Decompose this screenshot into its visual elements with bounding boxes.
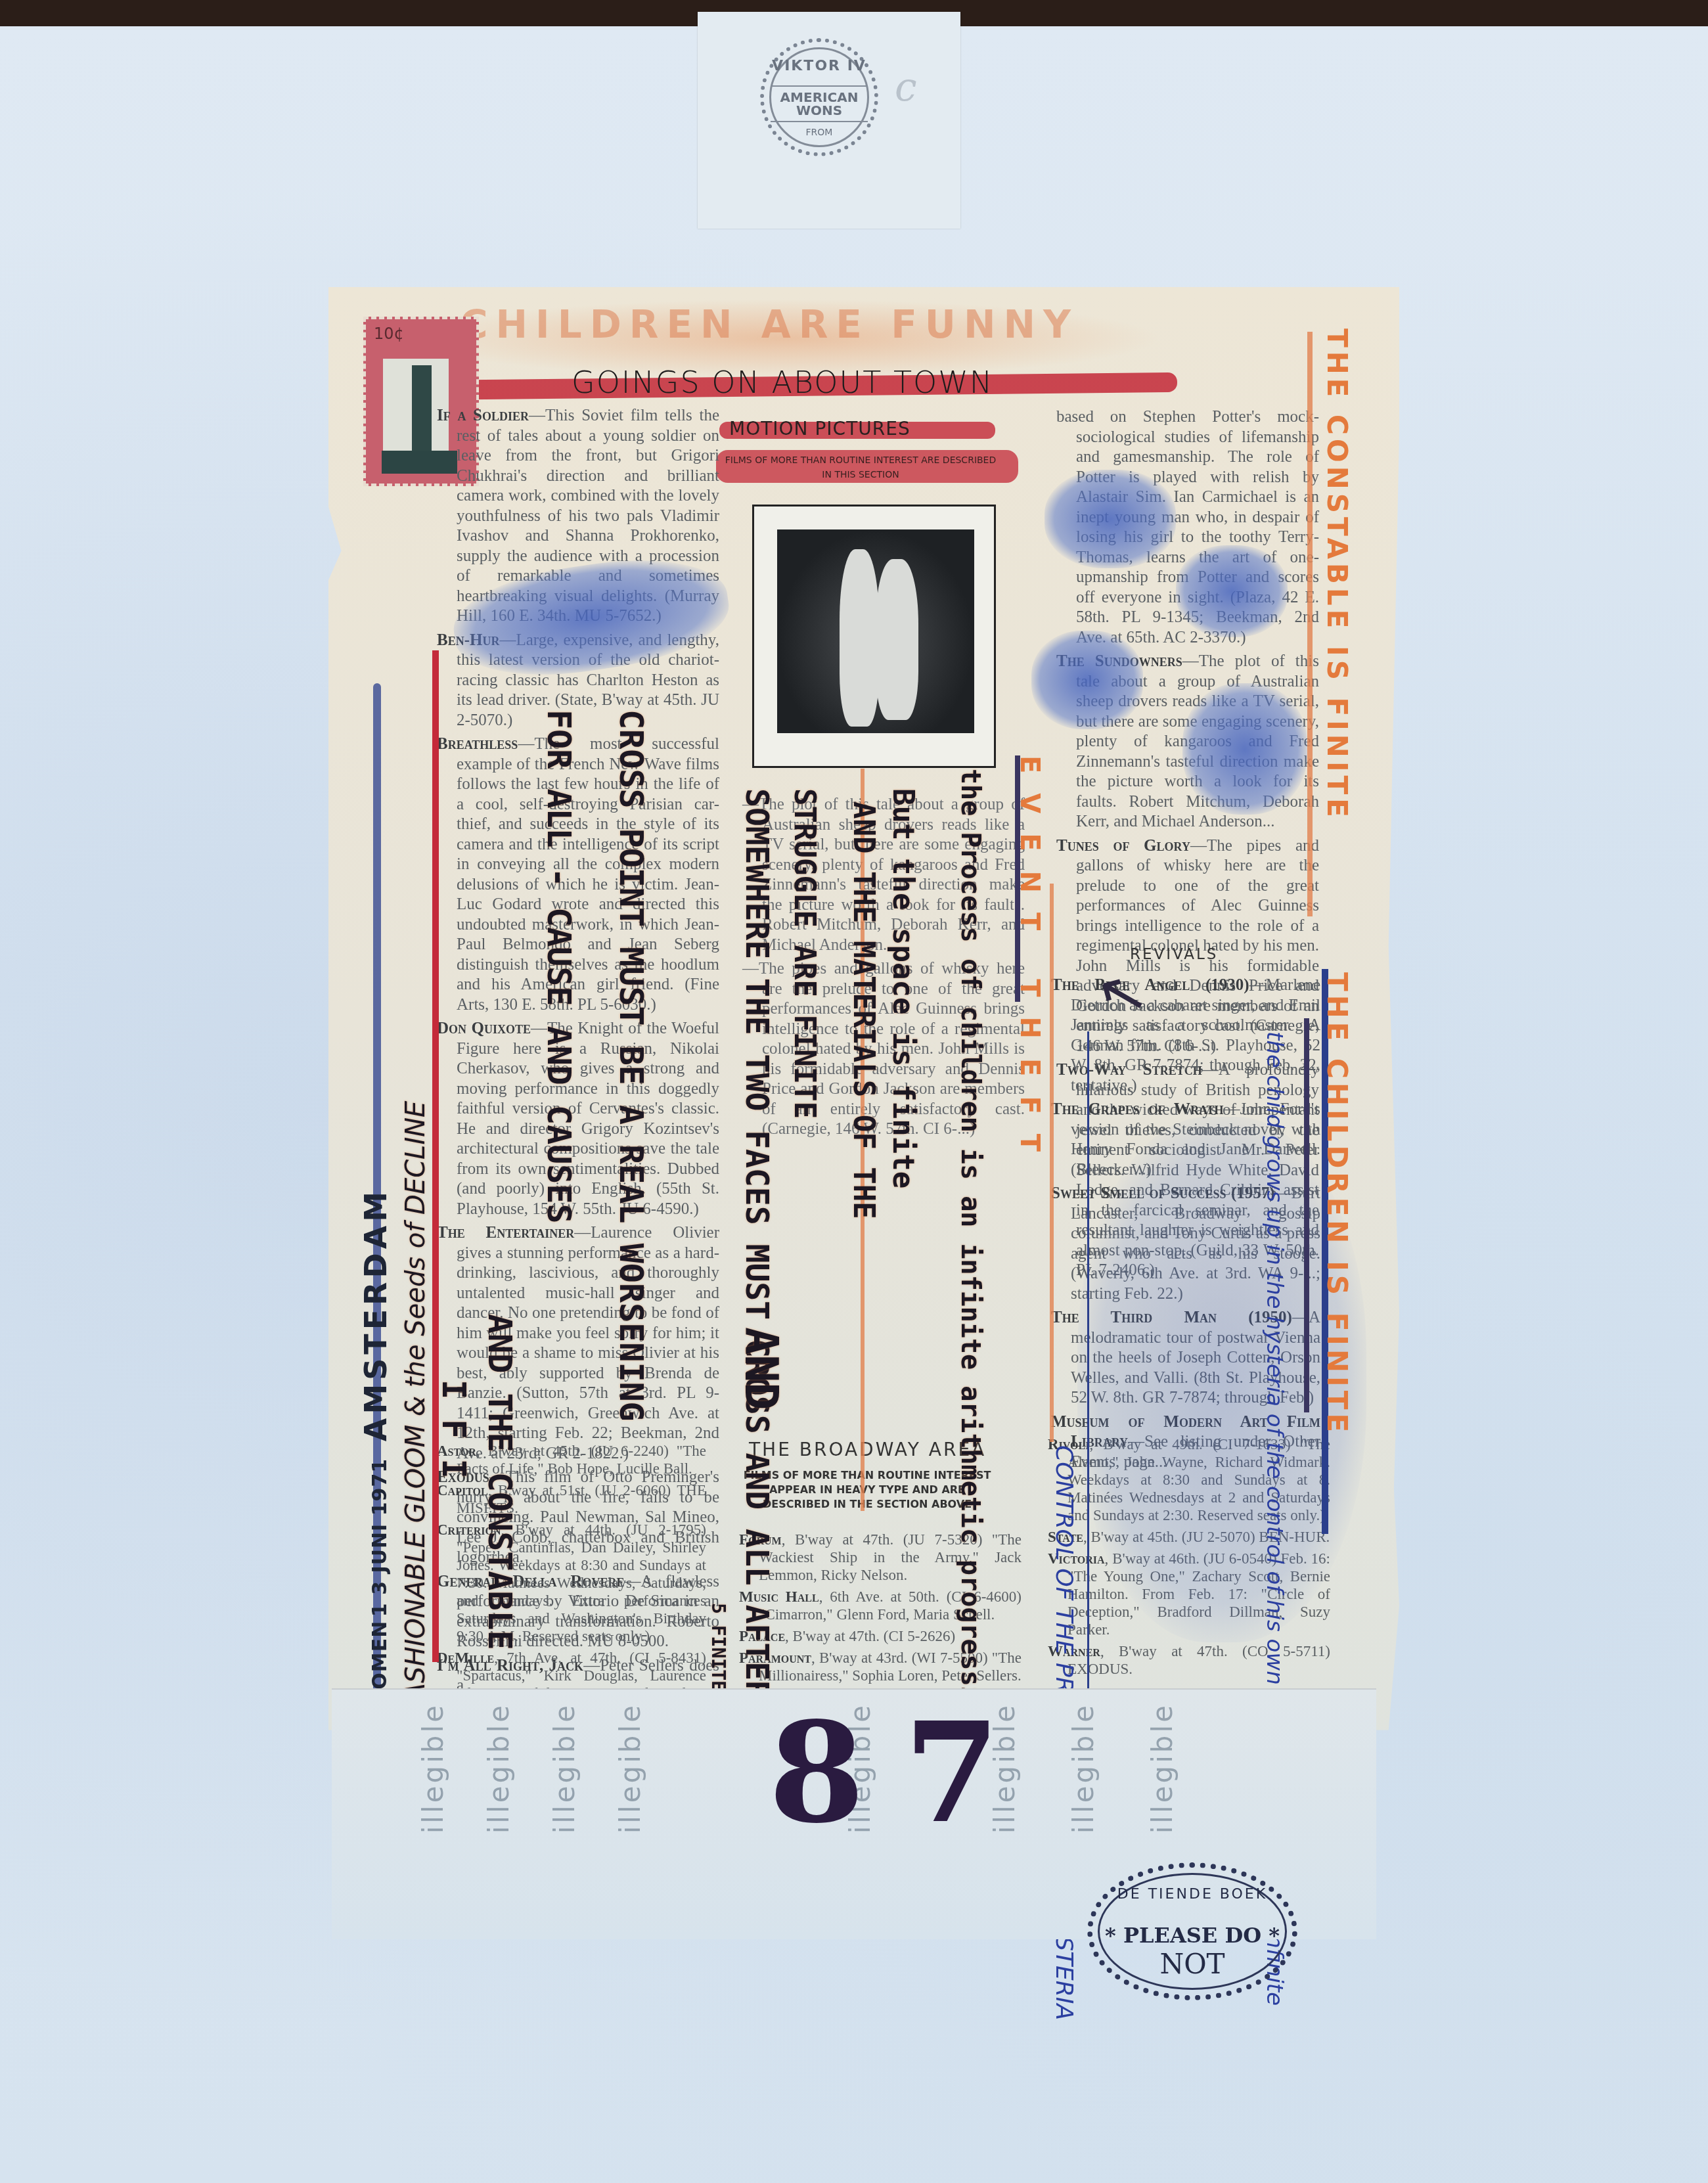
stamp-city: AMSTERDAM — [358, 1188, 393, 1441]
handwriting-orange-right-2: THE CHILDREN IS FINITE — [1321, 972, 1353, 1436]
handwriting-and: AND — [734, 1327, 788, 1410]
top-paper-tab: VIKTOR IV AMERICAN WONS FROM c — [698, 12, 960, 229]
broadway-heading: THE BROADWAY AREA — [749, 1439, 986, 1460]
stamp-date: 1 3 JUNI 1971 — [369, 1458, 392, 1617]
handwriting-struggle: STRUGGLE ARE FINITE — [788, 788, 821, 1119]
stamp-line-4: FROM — [764, 127, 874, 138]
faded-handwriting: illegible — [614, 1703, 646, 1834]
stamp-tower-icon — [412, 365, 432, 457]
child-figure-left — [840, 549, 879, 727]
orange-crayon-vertical — [1307, 332, 1313, 916]
dark-marker-vertical — [1304, 1018, 1309, 1412]
listing-entry: Warner, B'way at 47th. (CO 5-5711) EXODU… — [1048, 1642, 1330, 1678]
handwriting-fashionable-gloom: FASHIONABLE GLOOM & the Seeds of DECLINE — [401, 1101, 431, 1715]
orange-top-scrawl: CHILDREN ARE FUNNY — [460, 302, 1079, 347]
revivals-heading: REVIVALS — [1130, 946, 1218, 963]
orange-crayon-vertical — [1050, 884, 1054, 1442]
ingekomen-receipt-stamp: INGEKOMEN 1 3 JUNI 1971 AMSTERDAM — [358, 1188, 393, 1761]
blue-crayon-blob — [1182, 683, 1307, 815]
faded-handwriting: illegible — [417, 1703, 449, 1834]
handwriting-crosspoint: CROSS POINT MUST BE A REAL WORSENING — [612, 709, 650, 1422]
oval-stamp-top: DE TIENDE BOEK — [1092, 1886, 1292, 1902]
handwriting-materials: AND THE MATERIALS OF THE — [847, 801, 880, 1219]
oval-stamp-bottom: NOT — [1092, 1948, 1292, 1980]
section-title: MOTION PICTURES — [729, 418, 910, 439]
handwriting-orange-right-1: THE CONSTABLE IS FINITE — [1321, 328, 1353, 821]
section-note: FILMS OF MORE THAN ROUTINE INTEREST ARE … — [723, 453, 999, 482]
handwriting-space-finite: But the space is finite — [886, 788, 920, 1188]
blue-crayon-blob — [1176, 545, 1288, 637]
faded-handwriting: illegible — [1067, 1703, 1100, 1834]
pencil-scribble: c — [895, 64, 917, 110]
faded-handwriting: illegible — [483, 1703, 515, 1834]
stamp-line-1: VIKTOR IV — [764, 58, 874, 74]
oval-stamp-middle: * PLEASE DO * — [1092, 1923, 1292, 1948]
handwriting-finite: 5 FINITE — [708, 1603, 729, 1692]
stamp-line-3: WONS — [771, 102, 868, 122]
handwriting-orange-center: EVENT THEFT — [1014, 755, 1045, 1171]
listing-entry: Criterion, B'way at 44th. (JU 2-1795) "P… — [437, 1521, 706, 1645]
child-figure-right — [876, 559, 918, 720]
handwriting-constable: AND THE CONSTABLE — [481, 1314, 519, 1650]
handwriting-somewhere: SOMEWHERE THE TWO FACES MUST CROSS AND A… — [738, 788, 775, 1795]
faded-handwriting: illegible — [549, 1703, 581, 1834]
handwriting-progress: the Process of children is an infinite a… — [955, 769, 985, 1734]
photograph-two-children — [752, 505, 996, 768]
photo-image — [777, 529, 974, 733]
section-header: GOINGS ON ABOUT TOWN — [572, 365, 993, 400]
listing-entry: Breathless—The most successful example o… — [437, 734, 719, 1015]
listing-entry: Astor, B'way at 45th. (JU 6-2240) "The F… — [437, 1442, 706, 1477]
blue-crayon-blob — [1031, 631, 1143, 729]
handwriting-ifi: I F I — [435, 1380, 473, 1479]
listing-entry: The Entertainer—Laurence Olivier gives a… — [437, 1223, 719, 1464]
blue-crayon-blob — [1045, 470, 1176, 568]
blue-ink-vertical — [1087, 1031, 1089, 1688]
page-number-87: 87 — [769, 1692, 1039, 1854]
listing-entry: Capitol, B'way at 51st. (JU 2-6060) THE … — [437, 1481, 706, 1517]
red-marker-vertical — [432, 650, 439, 1662]
faded-handwriting: illegible — [1146, 1703, 1179, 1834]
viktor-round-stamp: VIKTOR IV AMERICAN WONS FROM — [760, 38, 878, 156]
stamp-denomination: 10¢ — [374, 325, 404, 343]
handwriting-for-all: FOR ALL - CAUSE AND CAUSES — [540, 709, 578, 1224]
listing-entry: Don Quixote—The Knight of the Woeful Fig… — [437, 1019, 719, 1219]
please-do-not-stamp: DE TIENDE BOEK * PLEASE DO * NOT — [1087, 1862, 1297, 2000]
